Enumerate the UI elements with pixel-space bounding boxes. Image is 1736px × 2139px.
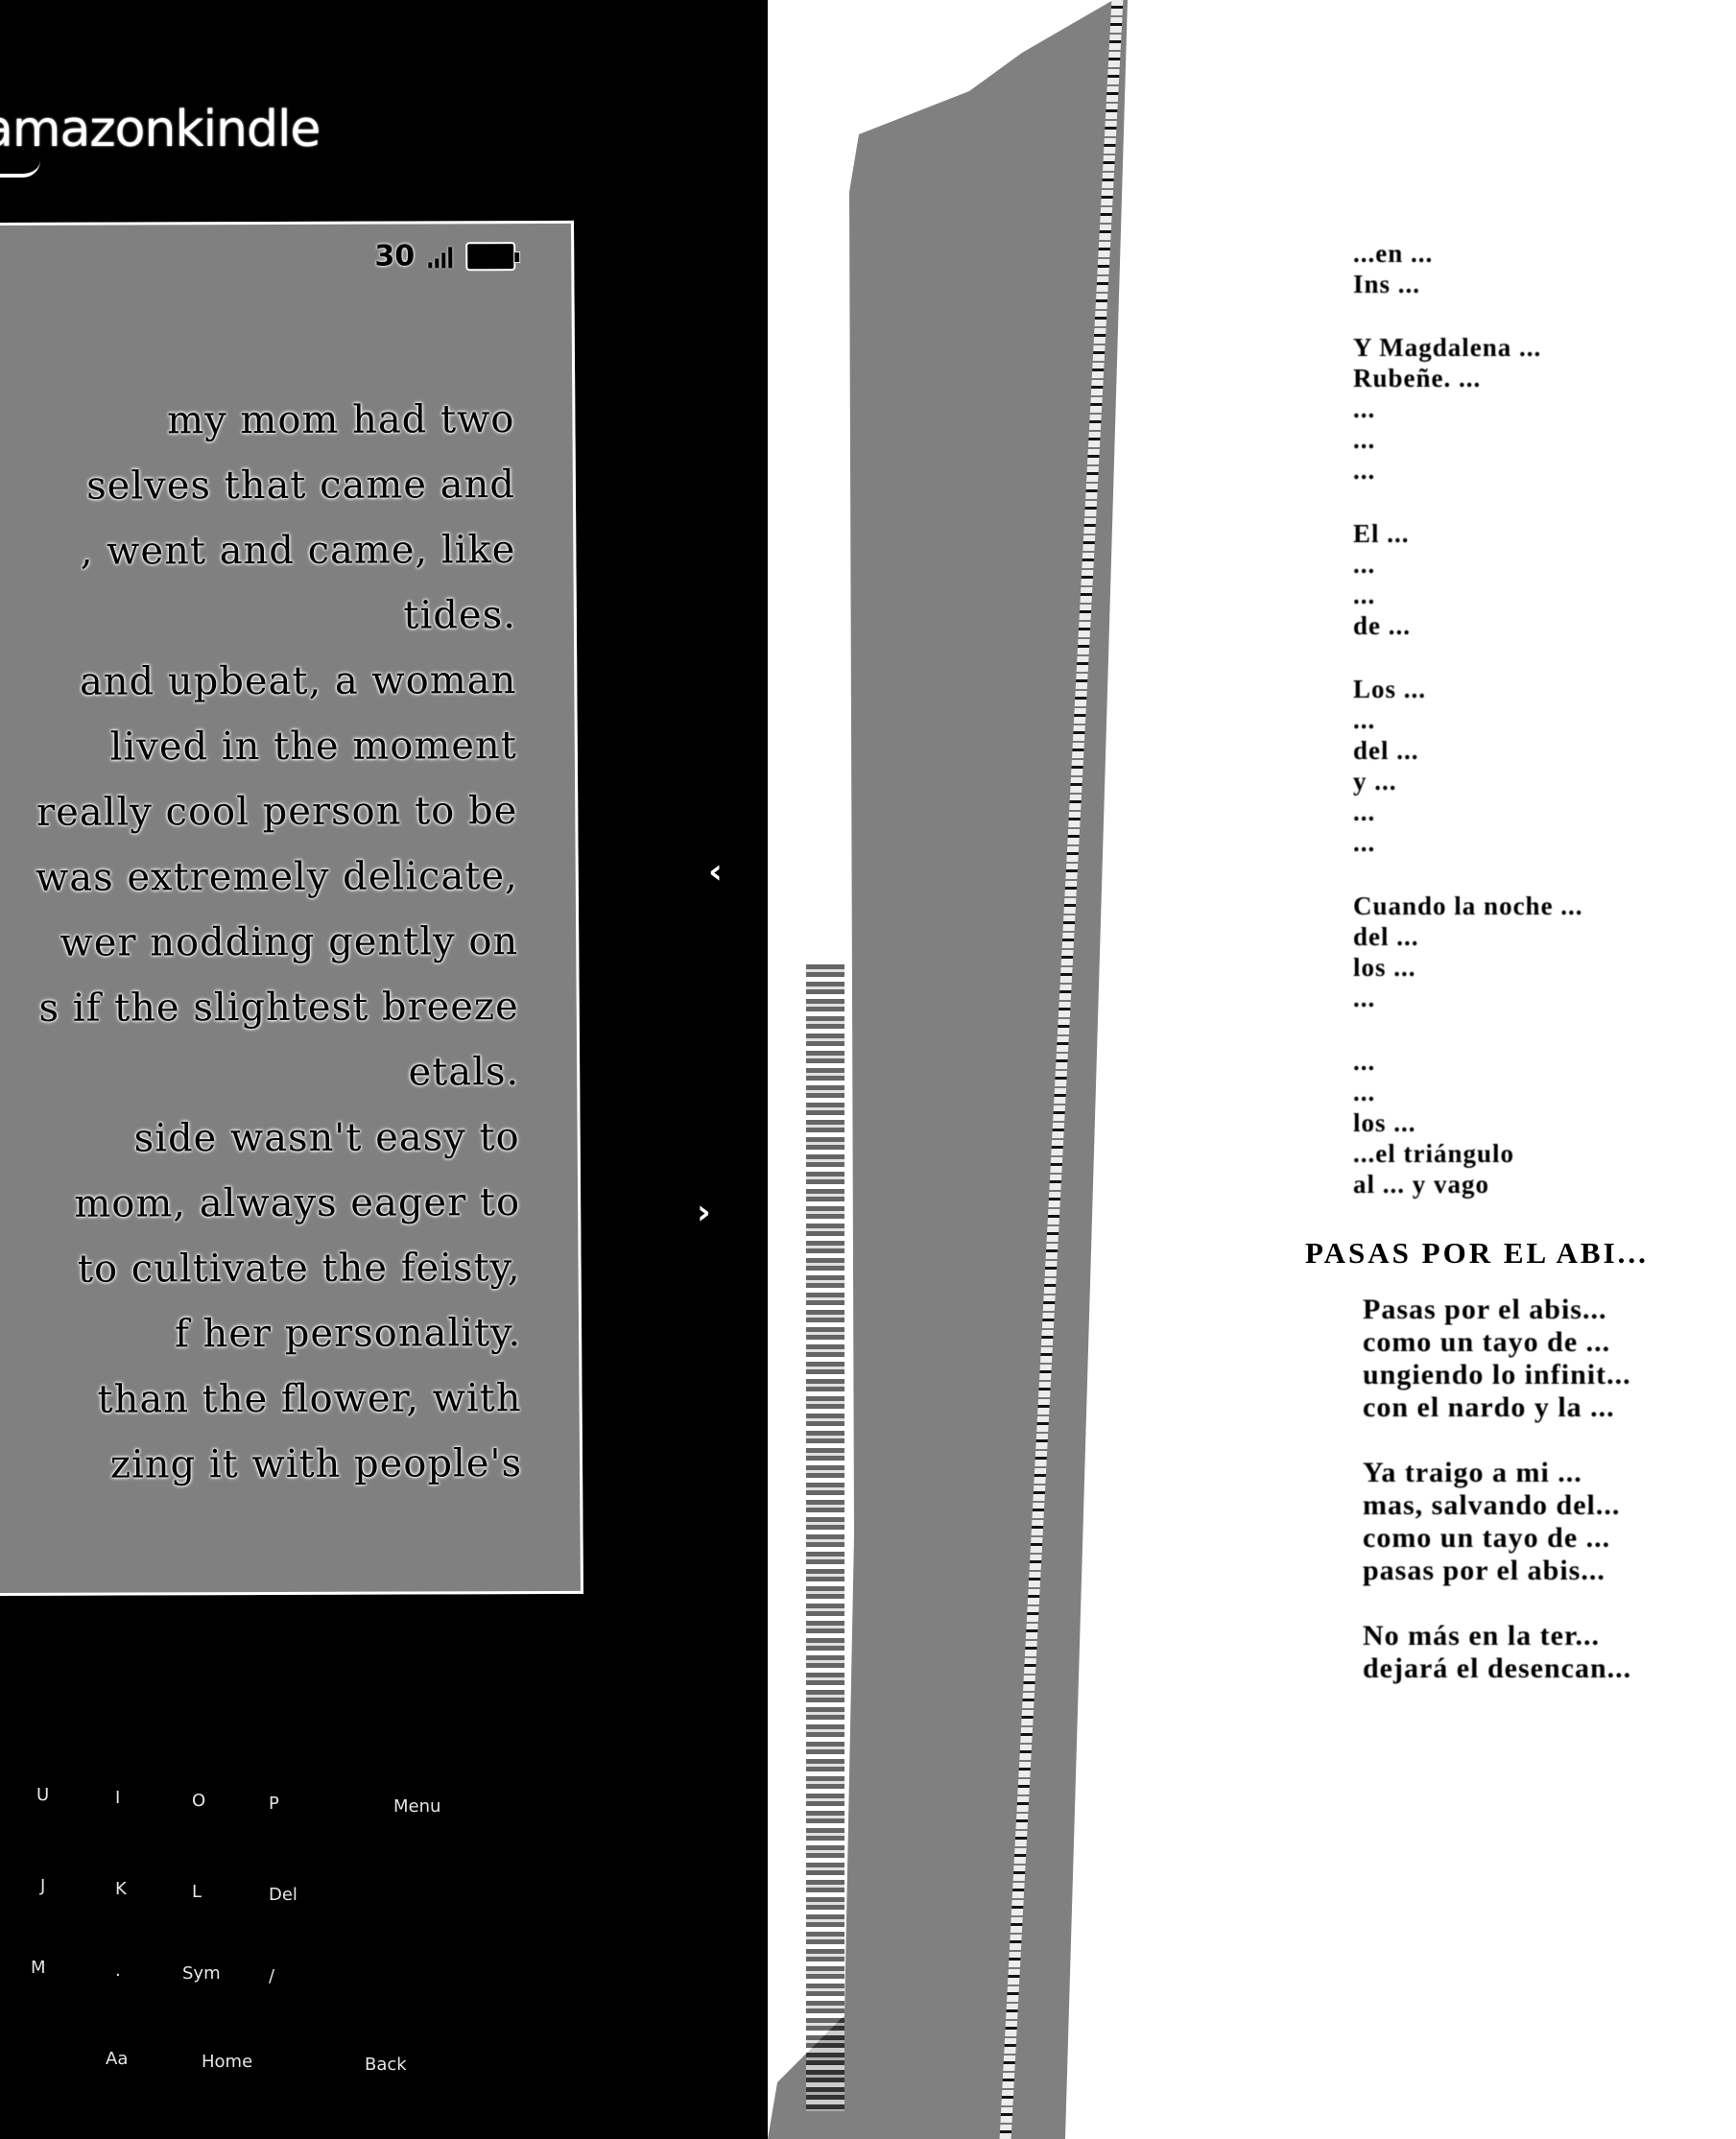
next-page-button[interactable]: › xyxy=(697,1193,711,1232)
key-back[interactable]: Back xyxy=(365,2055,407,2075)
text-line: mom, always eager to xyxy=(0,1170,520,1237)
printed-line xyxy=(1353,641,1736,674)
printed-line: con el nardo y la ... xyxy=(1363,1391,1736,1424)
text-line: f her personality. xyxy=(0,1300,521,1367)
printed-line: ungiendo lo infinit... xyxy=(1363,1359,1736,1391)
printed-line xyxy=(1353,858,1736,891)
key-o[interactable]: O xyxy=(192,1791,205,1811)
printed-line: y ... xyxy=(1353,766,1736,796)
printed-line: ... xyxy=(1353,1046,1736,1077)
status-bar: 30 xyxy=(374,239,515,273)
text-line: selves that came and xyxy=(0,452,515,519)
key-[interactable]: . xyxy=(115,1961,121,1981)
printed-line: pasas por el abis... xyxy=(1363,1555,1736,1587)
printed-line: del ... xyxy=(1353,735,1736,766)
key-l[interactable]: L xyxy=(192,1882,202,1902)
text-line: tides. xyxy=(0,582,516,650)
printed-line xyxy=(1353,1424,1736,1457)
text-line: to cultivate the feisty, xyxy=(0,1235,521,1302)
key-del[interactable]: Del xyxy=(269,1885,297,1905)
text-line: and upbeat, a woman xyxy=(0,648,517,715)
printed-line: Ya traigo a mi ... xyxy=(1363,1457,1736,1489)
book-text: my mom had twoselves that came and, went… xyxy=(0,387,522,1498)
kindle-device: amazonkindle 30 my mom had twoselves tha… xyxy=(0,0,768,2139)
status-time: 30 xyxy=(374,239,415,273)
printed-line: los ... xyxy=(1353,952,1736,983)
text-line: s if the slightest breeze xyxy=(0,974,519,1041)
printed-paragraphs: ...en ...Ins ...Y Magdalena ...Rubeñe. .… xyxy=(1353,238,1736,1200)
printed-book-page: ...en ...Ins ...Y Magdalena ...Rubeñe. .… xyxy=(1132,0,1736,2139)
printed-line xyxy=(1353,1013,1736,1046)
key-menu[interactable]: Menu xyxy=(393,1796,440,1817)
printed-line: ...el triángulo xyxy=(1353,1138,1736,1169)
text-line: than the flower, with xyxy=(0,1366,522,1433)
printed-line: mas, salvando del... xyxy=(1363,1489,1736,1522)
key-p[interactable]: P xyxy=(269,1794,279,1814)
amazon-smile-icon xyxy=(0,160,40,178)
text-line: , went and came, like xyxy=(0,517,516,584)
printed-line: Los ... xyxy=(1353,674,1736,704)
key-[interactable]: / xyxy=(269,1966,274,1986)
eink-screen[interactable]: 30 my mom had twoselves that came and, w… xyxy=(0,221,583,1596)
printed-heading: PASAS POR EL ABI... xyxy=(1305,1238,1736,1269)
printed-line: Y Magdalena ... xyxy=(1353,332,1736,363)
key-m[interactable]: M xyxy=(31,1958,46,1978)
printed-line: No más en la ter... xyxy=(1363,1620,1736,1652)
printed-line: El ... xyxy=(1353,518,1736,549)
text-line: side wasn't easy to xyxy=(0,1105,520,1172)
key-u[interactable]: U xyxy=(36,1785,49,1805)
key-j[interactable]: J xyxy=(40,1876,45,1896)
keyboard: UIOPMenuJKLDelM.Sym/AaHomeBack xyxy=(0,1756,537,2139)
printed-line: ... xyxy=(1353,796,1736,827)
printed-line: ... xyxy=(1353,983,1736,1013)
printed-line: Ins ... xyxy=(1353,269,1736,299)
prev-page-button[interactable]: ‹ xyxy=(708,852,723,891)
key-i[interactable]: I xyxy=(115,1788,120,1808)
printed-line: ... xyxy=(1353,455,1736,486)
printed-line: Pasas por el abis... xyxy=(1363,1294,1736,1326)
key-sym[interactable]: Sym xyxy=(182,1963,221,1984)
printed-line: ... xyxy=(1353,549,1736,580)
printed-line: ... xyxy=(1353,424,1736,455)
text-line: zing it with people's xyxy=(0,1431,522,1498)
printed-line: Rubeñe. ... xyxy=(1353,363,1736,393)
printed-text: ...en ...Ins ...Y Magdalena ...Rubeñe. .… xyxy=(1353,238,1736,1685)
printed-line: dejará el desencan... xyxy=(1363,1652,1736,1685)
key-k[interactable]: K xyxy=(115,1879,127,1899)
printed-line: ... xyxy=(1353,580,1736,610)
text-line: was extremely delicate, xyxy=(0,844,518,911)
text-line: etals. xyxy=(0,1039,519,1106)
key-aa[interactable]: Aa xyxy=(106,2049,128,2069)
signal-bars-icon xyxy=(428,245,452,268)
book-spine-texture xyxy=(806,960,844,2111)
printed-line xyxy=(1353,299,1736,332)
printed-line xyxy=(1353,486,1736,518)
printed-line: ... xyxy=(1353,704,1736,735)
battery-icon xyxy=(465,242,515,271)
text-line: really cool person to be xyxy=(0,778,518,845)
text-line: my mom had two xyxy=(0,387,515,454)
printed-line xyxy=(1353,1587,1736,1620)
printed-line: ... xyxy=(1353,1077,1736,1107)
printed-line: los ... xyxy=(1353,1107,1736,1138)
printed-line: como un tayo de ... xyxy=(1363,1326,1736,1359)
printed-line: ... xyxy=(1353,393,1736,424)
printed-line: ... xyxy=(1353,827,1736,858)
printed-line: Cuando la noche ... xyxy=(1353,891,1736,921)
printed-line: como un tayo de ... xyxy=(1363,1522,1736,1555)
printed-line: de ... xyxy=(1353,610,1736,641)
text-line: lived in the moment xyxy=(0,713,517,780)
printed-line: del ... xyxy=(1353,921,1736,952)
kindle-logo: amazonkindle xyxy=(0,101,320,158)
printed-poem: Pasas por el abis...como un tayo de ...u… xyxy=(1353,1294,1736,1685)
printed-line: al ... y vago xyxy=(1353,1169,1736,1200)
printed-line: ...en ... xyxy=(1353,238,1736,269)
text-line: wer nodding gently on xyxy=(0,909,518,976)
key-home[interactable]: Home xyxy=(202,2052,252,2072)
